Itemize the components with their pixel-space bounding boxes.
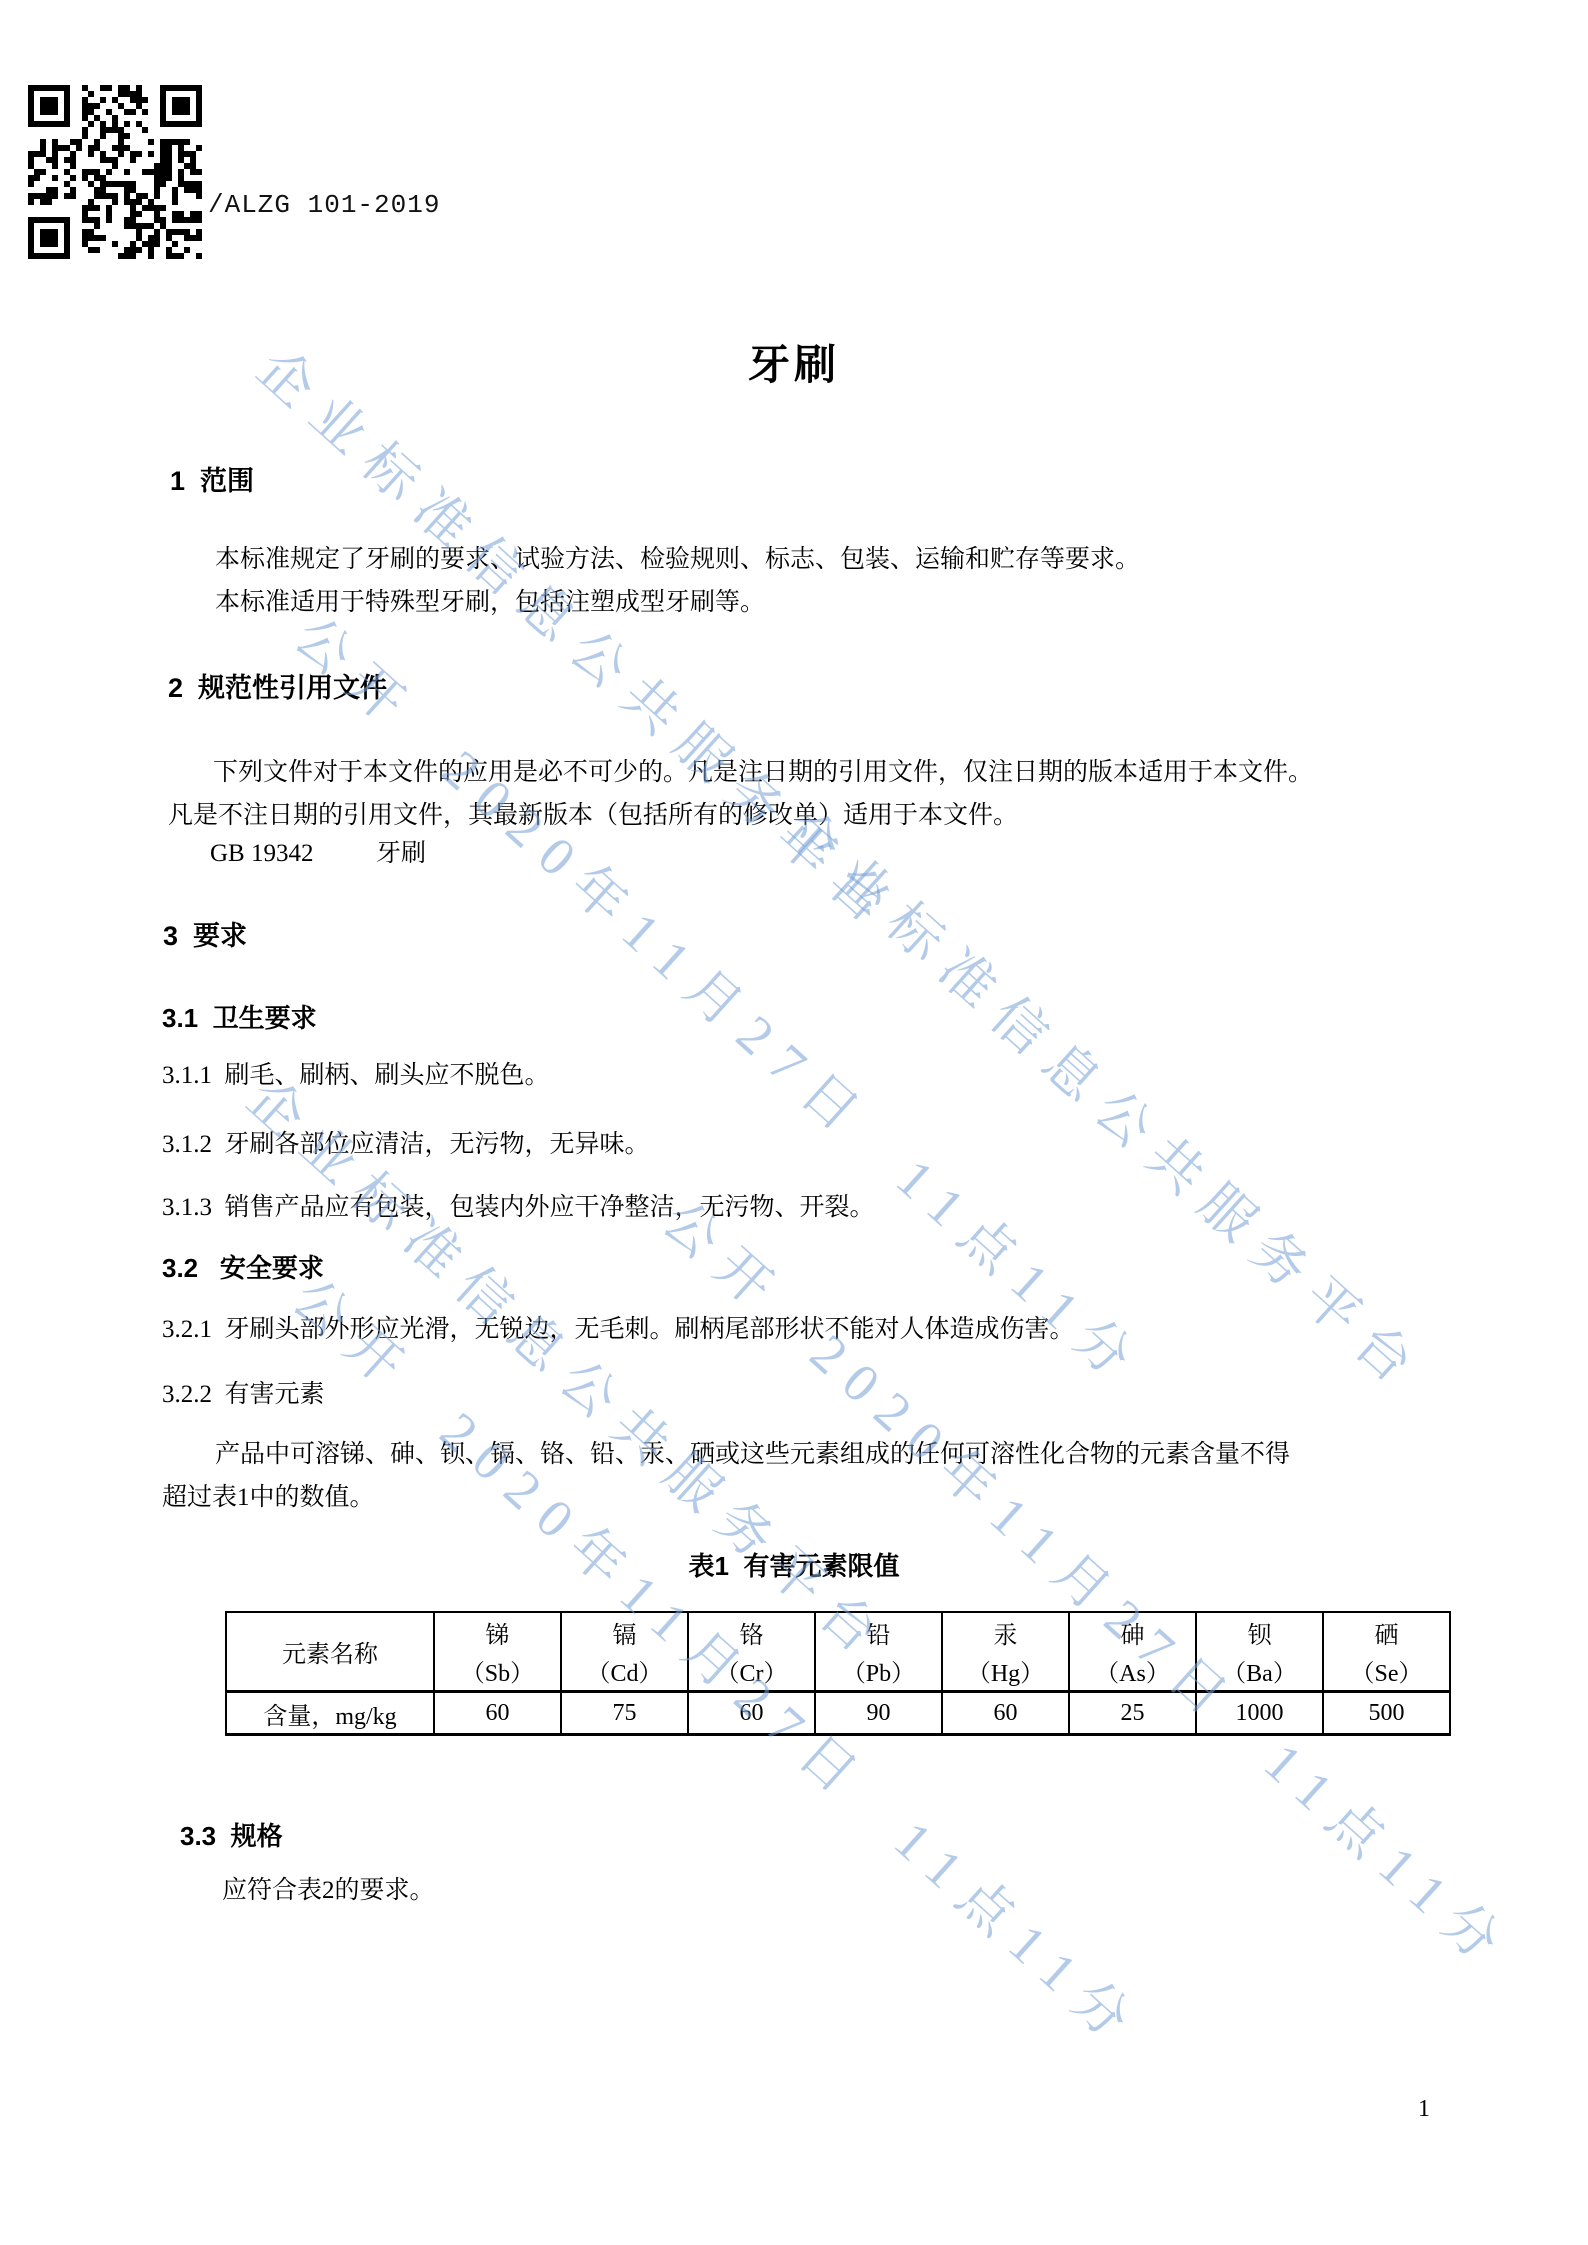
table-header-element-name: 元素名称 <box>226 1612 434 1692</box>
table-header-cell: 钡（Ba） <box>1196 1612 1323 1692</box>
table-header-row: 元素名称 锑（Sb） 镉（Cd） 铬（Cr） 铅（Pb） 汞（Hg） 砷（As）… <box>226 1612 1450 1692</box>
paragraph-line: 超过表1中的数值。 <box>162 1484 375 1513</box>
table-value-cell: 500 <box>1323 1692 1450 1735</box>
paragraph-line: 本标准适用于特殊型牙刷，包括注塑成型牙刷等。 <box>215 589 765 618</box>
clause-line: 3.1.1 刷毛、刷柄、刷头应不脱色。 <box>162 1062 550 1091</box>
clause-line: 3.2.1 牙刷头部外形应光滑，无锐边，无毛刺。刷柄尾部形状不能对人体造成伤害。 <box>162 1316 1075 1345</box>
table-header-cell: 铅（Pb） <box>815 1612 942 1692</box>
page-content: /ALZG 101-2019 牙刷 1 范围 本标准规定了牙刷的要求、试验方法、… <box>0 0 1588 2245</box>
table-value-cell: 60 <box>688 1692 815 1735</box>
qr-code-icon <box>28 85 202 259</box>
clause-line: 3.1.2 牙刷各部位应清洁，无污物，无异味。 <box>162 1131 650 1160</box>
paragraph-line: 下列文件对于本文件的应用是必不可少的。凡是注日期的引用文件，仅注日期的版本适用于… <box>213 759 1313 788</box>
paragraph-line: 产品中可溶锑、砷、钡、镉、铬、铅、汞、硒或这些元素组成的任何可溶性化合物的元素含… <box>215 1441 1290 1470</box>
paragraph-line: 应符合表2的要求。 <box>222 1877 435 1906</box>
table-value-row: 含量，mg/kg 60 75 60 90 60 25 1000 500 <box>226 1692 1450 1735</box>
table-header-cell: 汞（Hg） <box>942 1612 1069 1692</box>
paragraph-line: 本标准规定了牙刷的要求、试验方法、检验规则、标志、包装、运输和贮存等要求。 <box>215 546 1140 575</box>
table-header-cell: 镉（Cd） <box>561 1612 688 1692</box>
table1-harmful-elements: 元素名称 锑（Sb） 镉（Cd） 铬（Cr） 铅（Pb） 汞（Hg） 砷（As）… <box>225 1611 1451 1736</box>
page-number: 1 <box>1418 2096 1430 2123</box>
table-value-cell: 90 <box>815 1692 942 1735</box>
table-header-cell: 铬（Cr） <box>688 1612 815 1692</box>
subsection-heading-hygiene: 3.1 卫生要求 <box>162 1004 317 1034</box>
table-value-cell: 60 <box>434 1692 561 1735</box>
section-heading-scope: 1 范围 <box>170 466 254 497</box>
table1-caption: 表1 有害元素限值 <box>0 1546 1588 1583</box>
table-header-cell: 硒（Se） <box>1323 1612 1450 1692</box>
paragraph-line: 凡是不注日期的引用文件，其最新版本（包括所有的修改单）适用于本文件。 <box>168 802 1018 831</box>
table-value-cell: 25 <box>1069 1692 1196 1735</box>
clause-heading-elements: 3.2.2 有害元素 <box>162 1381 325 1410</box>
section-heading-references: 2 规范性引用文件 <box>168 673 387 704</box>
reference-entry: GB 19342 牙刷 <box>210 840 426 869</box>
subsection-heading-spec: 3.3 规格 <box>180 1822 283 1852</box>
subsection-heading-safety: 3.2 安全要求 <box>162 1254 324 1284</box>
document-page: { "header": { "standard_number": "/ALZG … <box>0 0 1588 2245</box>
table-header-cell: 锑（Sb） <box>434 1612 561 1692</box>
table-header-cell: 砷（As） <box>1069 1612 1196 1692</box>
page-title: 牙刷 <box>0 332 1588 392</box>
table-value-cell: 1000 <box>1196 1692 1323 1735</box>
standard-number: /ALZG 101-2019 <box>208 190 440 220</box>
clause-line: 3.1.3 销售产品应有包装，包装内外应干净整洁，无污物、开裂。 <box>162 1194 875 1223</box>
section-heading-requirements: 3 要求 <box>163 921 247 952</box>
table-value-cell: 75 <box>561 1692 688 1735</box>
table-value-cell: 60 <box>942 1692 1069 1735</box>
table-row-label: 含量，mg/kg <box>226 1692 434 1735</box>
